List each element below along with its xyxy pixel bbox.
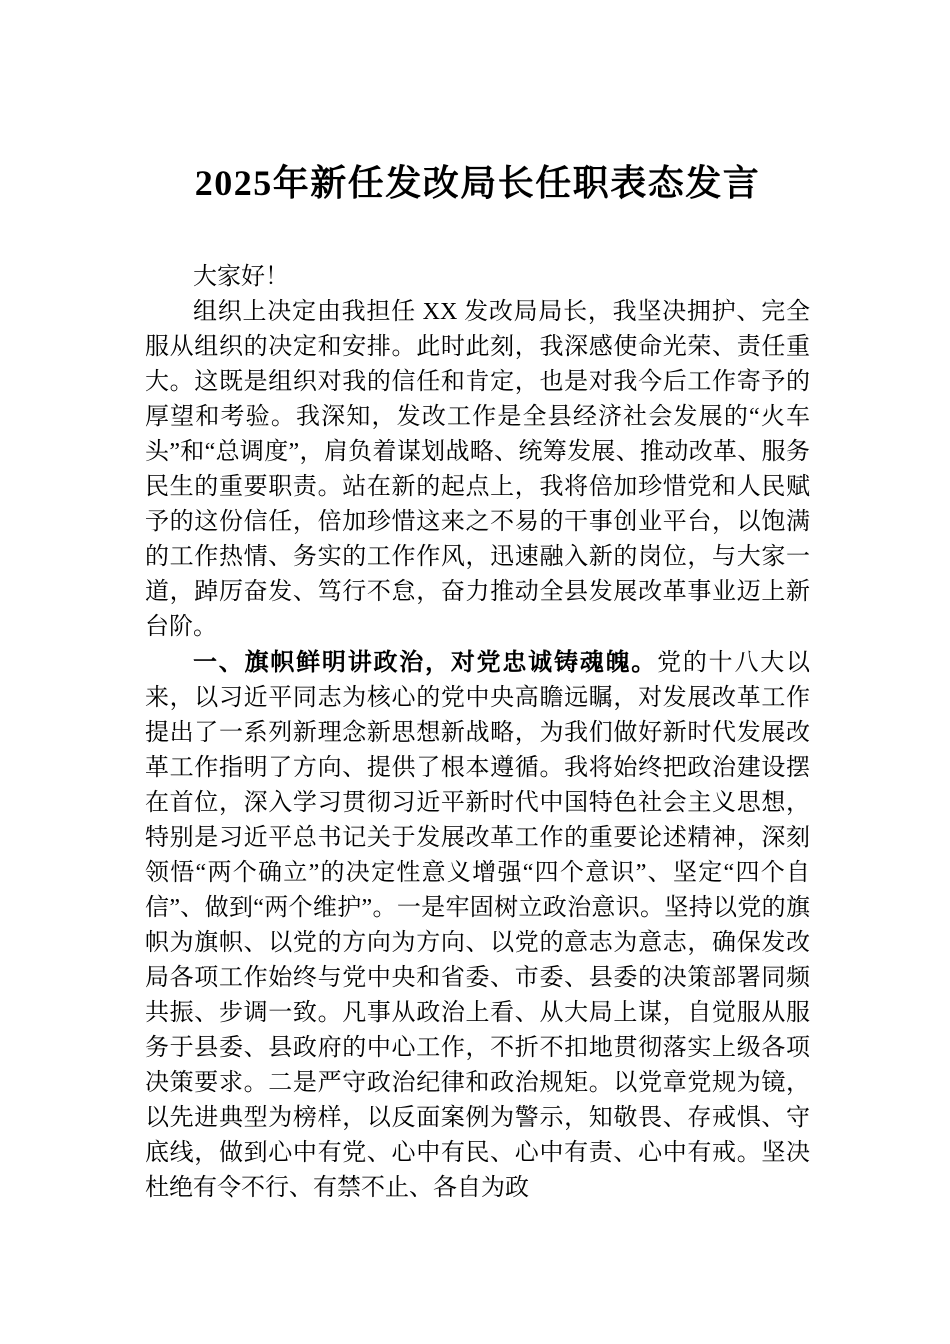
- paragraph-greeting: 大家好！: [145, 260, 810, 295]
- paragraph-opening: 组织上决定由我担任 XX 发改局局长，我坚决拥护、完全服从组织的决定和安排。此时…: [145, 295, 810, 645]
- section-one-heading: 一、旗帜鲜明讲政治，对党忠诚铸魂魄。: [193, 649, 657, 676]
- greeting-text: 大家好！: [193, 264, 289, 290]
- opening-text: 组织上决定由我担任 XX 发改局局长，我坚决拥护、完全服从组织的决定和安排。此时…: [145, 299, 810, 640]
- document-title: 2025年新任发改局长任职表态发言: [145, 161, 810, 205]
- document-page: 2025年新任发改局长任职表态发言 大家好！ 组织上决定由我担任 XX 发改局局…: [0, 0, 950, 1344]
- paragraph-section-one: 一、旗帜鲜明讲政治，对党忠诚铸魂魄。党的十八大以来，以习近平同志为核心的党中央高…: [145, 645, 810, 1206]
- section-one-text: 党的十八大以来，以习近平同志为核心的党中央高瞻远瞩，对发展改革工作提出了一系列新…: [145, 650, 810, 1201]
